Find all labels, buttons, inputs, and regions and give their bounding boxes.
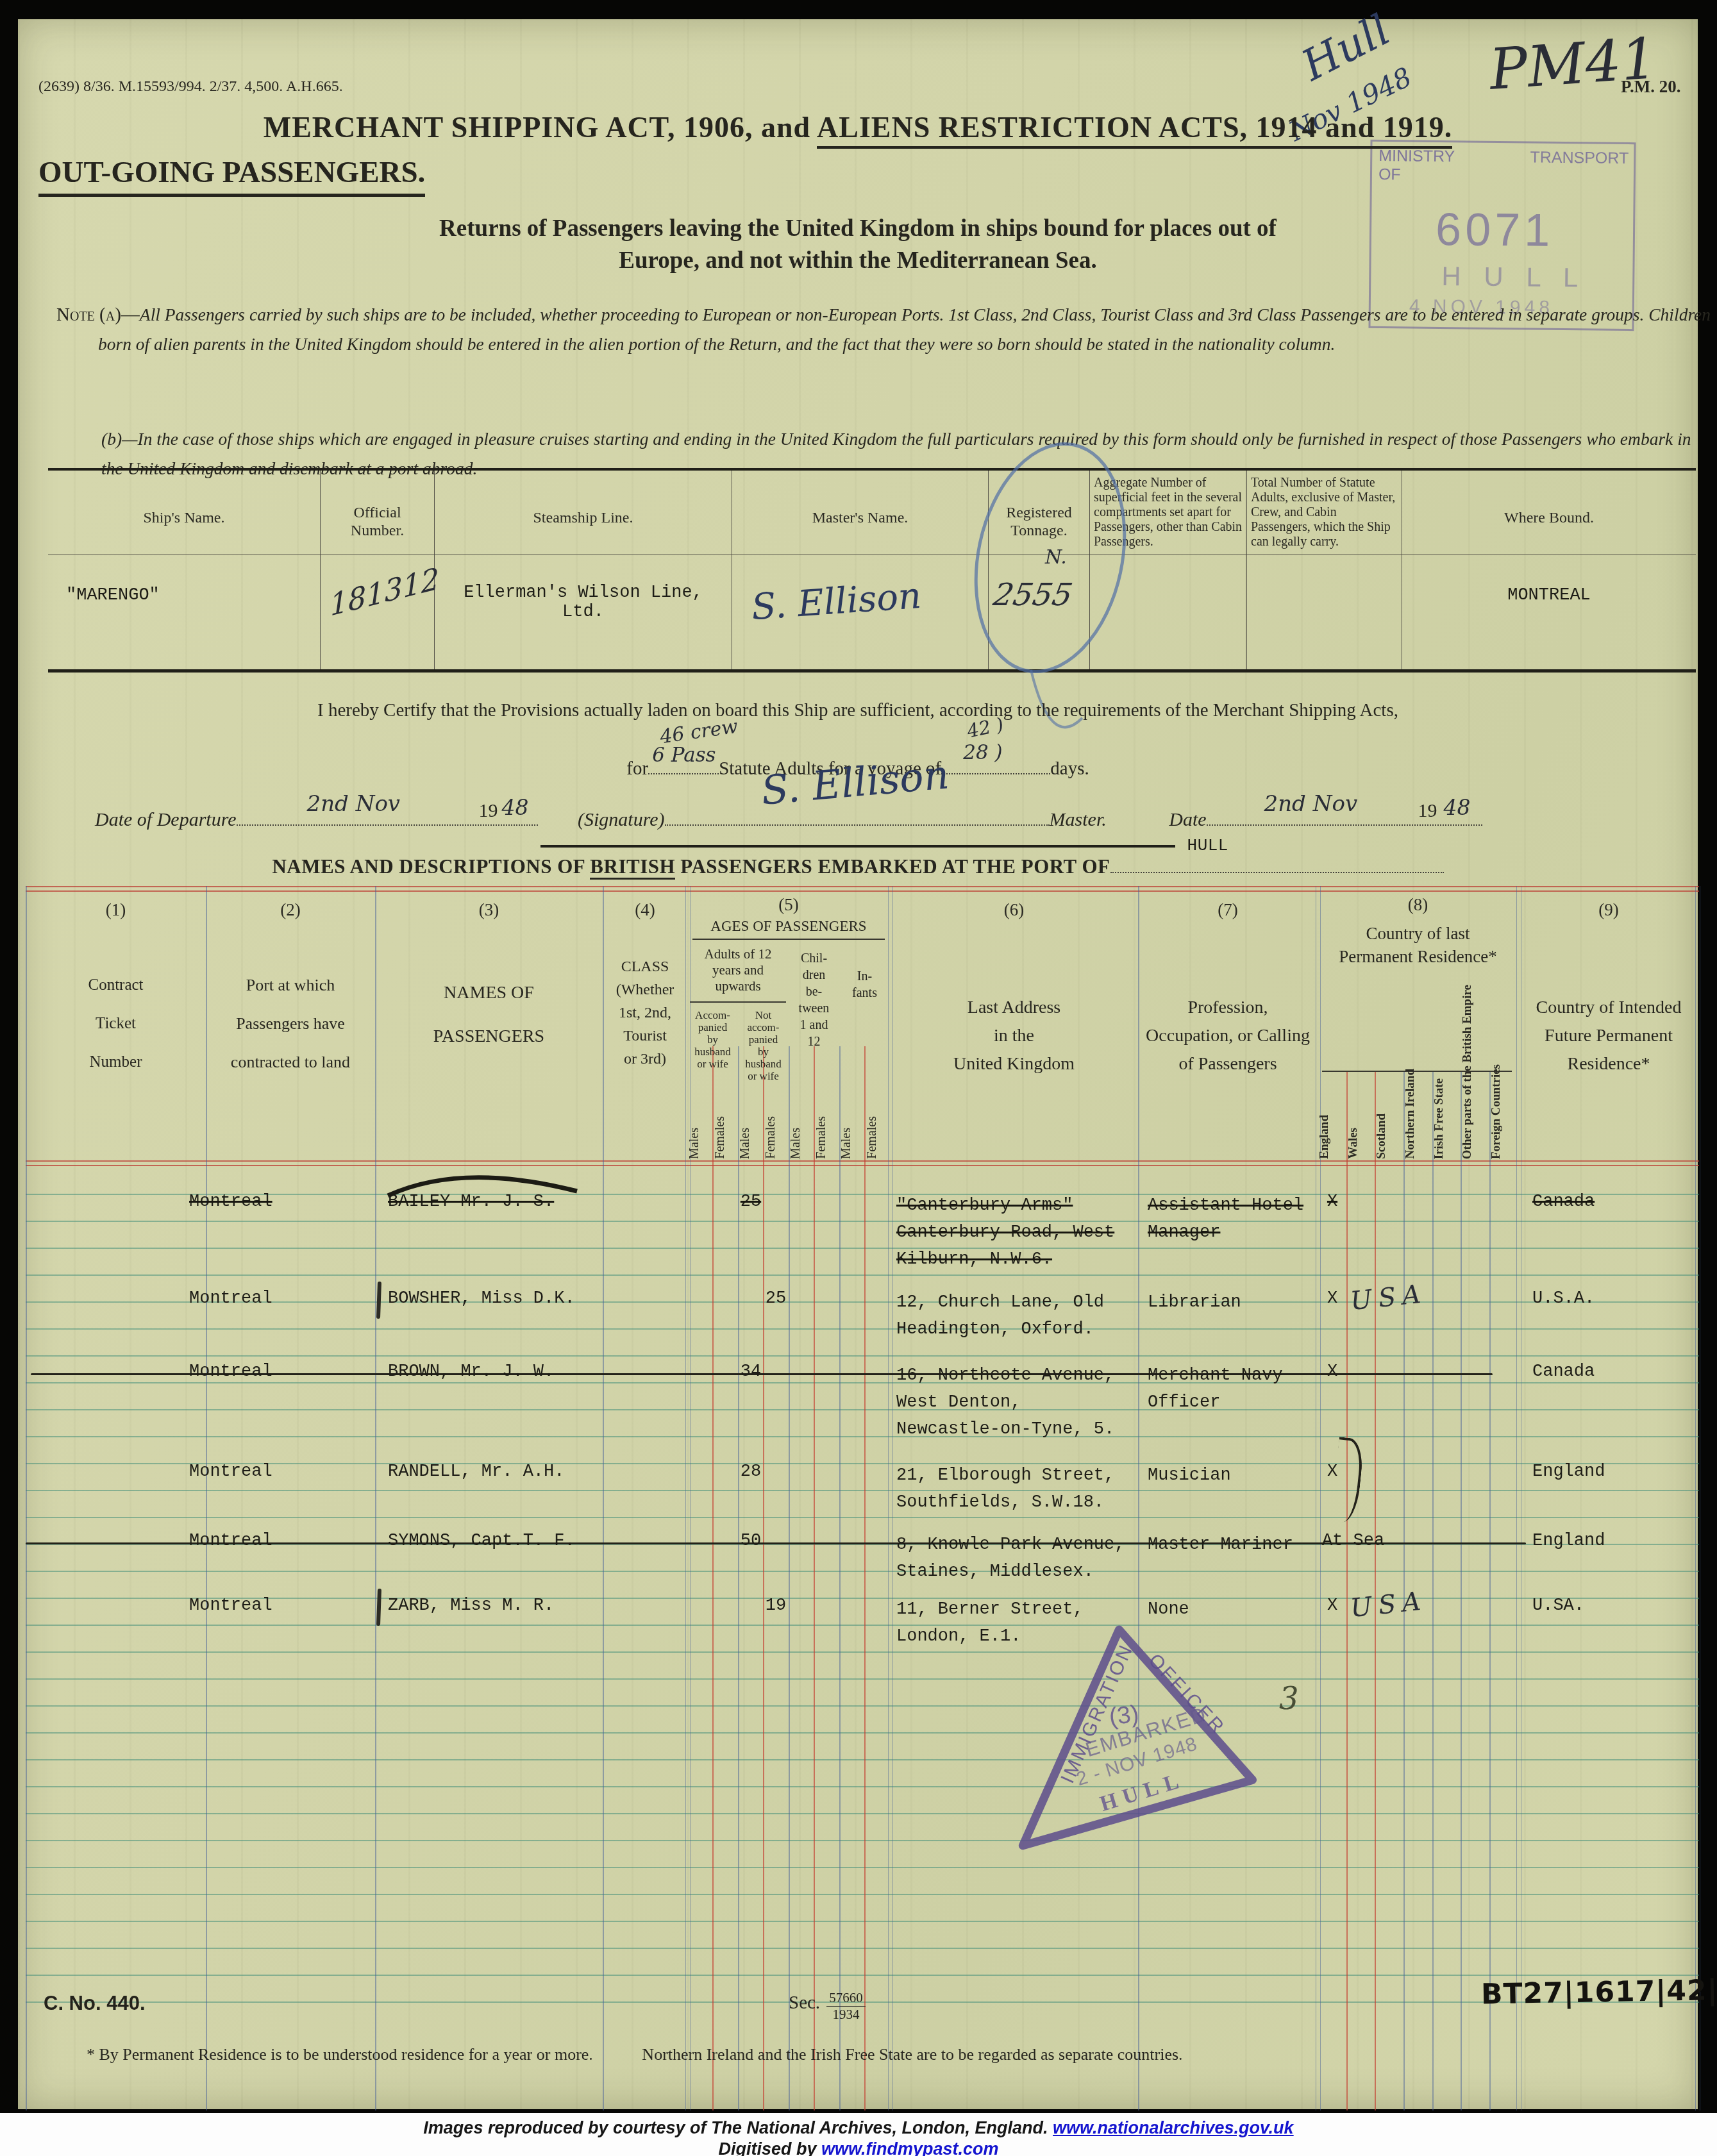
mf-label-3: Males (738, 1128, 764, 1159)
caption-digitised-text: Digitised by (718, 2139, 821, 2156)
col-number-7: (7) (1138, 900, 1318, 920)
residence-col-british-empire: Other parts of the British Empire (1461, 985, 1489, 1159)
signature-fill-line: S. Ellison (665, 805, 1050, 826)
residence-x-mark: X (1318, 1362, 1347, 1382)
caption-line-2: Digitised by www.findmypast.com (0, 2139, 1717, 2156)
sec-label: Sec. (789, 1993, 820, 2013)
ship-table-header-row: Ship's Name. Official Number. Steamship … (48, 471, 1696, 555)
ship-details-table: Ship's Name. Official Number. Steamship … (48, 468, 1696, 673)
age-na-females: 19 (763, 1596, 789, 1616)
last-address-header: Last Address in the United Kingdom (890, 994, 1138, 1078)
where-bound-value: MONTREAL (1402, 555, 1696, 669)
passenger-name: RANDELL, Mr. A.H. (388, 1462, 564, 1482)
col-number-6: (6) (890, 900, 1138, 920)
scanned-document-page: (2639) 8/36. M.15593/994. 2/37. 4,500. A… (0, 0, 1717, 2156)
mf-label-5: Males (789, 1128, 814, 1159)
address-value: "Canterbury Arms" Canterbury Road, West … (896, 1192, 1137, 1273)
port-value: Montreal (189, 1289, 272, 1308)
where-bound-header: Where Bound. (1402, 471, 1696, 555)
title-part-2: ALIENS RESTRICTION ACTS, 1914 and 1919. (817, 111, 1452, 149)
country-value: England (1532, 1532, 1605, 1551)
port-value: Montreal (189, 1532, 272, 1551)
departure-fill-line: 2nd Nov1948 (237, 805, 538, 826)
residence-at-sea: At Sea (1322, 1532, 1384, 1551)
col-number-5: (5) (687, 895, 890, 915)
mf-label-2: Females (713, 1116, 739, 1159)
residence-col-england: England (1318, 1115, 1346, 1159)
steamship-line-header: Steamship Line. (435, 471, 732, 555)
date-year-hand: 48 (1444, 795, 1471, 820)
note-a-label: Note (a)— (56, 305, 140, 325)
residence-col-northern-ireland: Northern Ireland (1403, 1069, 1432, 1159)
col-number-3: (3) (375, 900, 603, 920)
address-value: 8, Knowle Park Avenue, Staines, Middlese… (896, 1532, 1137, 1585)
embark-heading-pre: NAMES AND DESCRIPTIONS OF (272, 855, 590, 878)
page-title: MERCHANT SHIPPING ACT, 1906, and ALIENS … (18, 110, 1698, 144)
official-number-cell: 181312 (321, 555, 435, 669)
date-hand: 2nd Nov (1264, 791, 1358, 817)
mf-label-8: Females (865, 1116, 891, 1159)
ages-of-passengers-header: AGES OF PASSENGERS (687, 918, 890, 935)
age-na-males: 25 (738, 1192, 764, 1212)
sec-fraction: 57660 1934 (826, 1990, 866, 2023)
passenger-name: SYMONS, Capt.T. F. (388, 1532, 575, 1551)
country-intended-residence-header: Country of Intended Future Permanent Res… (1518, 994, 1699, 1078)
residence-x-mark: X (1318, 1192, 1347, 1212)
ship-name-value: "MARENGO" (48, 555, 321, 669)
pen-tick (376, 1589, 381, 1626)
total-statute-adults-header: Total Number of Statute Adults, exclusiv… (1247, 471, 1402, 555)
passenger-row: Montreal ZARB, Miss M. R. 19 11, Berner … (26, 1596, 1699, 1680)
departure-year-hand: 48 (502, 795, 529, 820)
mf-label-1: Males (687, 1128, 713, 1159)
port-value: Montreal (189, 1192, 272, 1212)
page-subtitle-outgoing: OUT-GOING PASSENGERS. (38, 155, 425, 197)
handwritten-tally: 3 (1279, 1681, 1299, 1717)
port-value: Montreal (189, 1362, 272, 1382)
hand-pass-count: 6 Pass (652, 744, 716, 767)
for-fill-line: 46 crew6 Pass (648, 754, 719, 774)
port-contracted-header: Port at which Passengers have contracted… (206, 976, 375, 1072)
footnote-ireland: Northern Ireland and the Irish Free Stat… (642, 2045, 1182, 2064)
official-number-header: Official Number. (321, 471, 435, 555)
archive-caption: Images reproduced by courtesy of The Nat… (0, 2113, 1717, 2156)
profession-value: Master Mariner (1148, 1532, 1318, 1559)
contract-ticket-header: Contract Ticket Number (26, 976, 206, 1072)
mf-label-6: Females (814, 1116, 840, 1159)
sec-denominator: 1934 (826, 2007, 866, 2023)
col-number-8: (8) (1318, 895, 1518, 915)
passenger-name: BOWSHER, Miss D.K. (388, 1289, 575, 1308)
date-fill-line: 2nd Nov1948 (1207, 805, 1482, 826)
stamp-transport: TRANSPORT (1530, 148, 1629, 168)
class-header: CLASS (Whether 1st, 2nd, Tourist or 3rd) (603, 955, 687, 1071)
profession-value: Assistant Hotel Manager (1148, 1192, 1318, 1246)
mf-label-7: Males (839, 1128, 865, 1159)
age-na-males: 28 (738, 1462, 764, 1482)
address-value: 16, Northcote Avenue, West Denton, Newca… (896, 1362, 1137, 1443)
signature-label: (Signature) (578, 809, 665, 830)
country-value: U.SA. (1532, 1596, 1584, 1616)
address-value: 21, Elborough Street, Southfields, S.W.1… (896, 1462, 1137, 1516)
caption-courtesy-text: Images reproduced by courtesy of The Nat… (423, 2118, 1053, 2137)
days-label: days. (1050, 758, 1089, 779)
age-na-females: 25 (763, 1289, 789, 1308)
residence-x-mark: X (1318, 1289, 1347, 1308)
archive-reference: BT27|1617|42|1 (1481, 1974, 1717, 2011)
profession-value: Librarian (1148, 1289, 1318, 1316)
caption-line-1: Images reproduced by courtesy of The Nat… (0, 2118, 1717, 2138)
residence-country-labels: England Wales Scotland Northern Ireland … (1318, 924, 1518, 1159)
ship-table-data-row: "MARENGO" 181312 Ellerman's Wilson Line,… (48, 555, 1696, 669)
col-number-4: (4) (603, 900, 687, 920)
passenger-name: BROWN, Mr. J. W. (388, 1362, 554, 1382)
certification-line3: Date of Departure2nd Nov1948 (Signature)… (95, 805, 1646, 831)
port-value: Montreal (189, 1462, 272, 1482)
pen-scribble (385, 1173, 596, 1199)
port-value: Montreal (189, 1596, 272, 1616)
departure-date-hand: 2nd Nov (307, 791, 401, 817)
official-number-value: 181312 (330, 560, 440, 623)
immigration-officer-stamp: IMMIGRATION OFFICER (3) EMBARKED 2 - NOV… (984, 1606, 1268, 1869)
sec-numerator: 57660 (826, 1990, 866, 2007)
days-fill-line: 42 )28 ) (941, 754, 1050, 774)
mf-label-4: Females (764, 1116, 789, 1159)
section-divider-rule (540, 845, 1175, 848)
total-statute-value (1247, 555, 1402, 669)
master-signature: S. Ellison (750, 575, 923, 628)
manifest-paper: (2639) 8/36. M.15593/994. 2/37. 4,500. A… (18, 19, 1698, 2109)
passenger-row: Montreal BOWSHER, Miss D.K. 25 12, Churc… (26, 1289, 1699, 1373)
hand-days: 28 ) (963, 741, 1002, 764)
col-number-9: (9) (1518, 900, 1699, 920)
address-value: 12, Church Lane, Old Headington, Oxford. (896, 1289, 1137, 1343)
note-a-text: All Passengers carried by such ships are… (98, 305, 1711, 354)
passenger-row: Montreal BAILEY Mr. J. S. 25 "Canterbury… (26, 1192, 1699, 1276)
pen-tick (376, 1282, 381, 1319)
embark-heading: NAMES AND DESCRIPTIONS OF BRITISH PASSEN… (18, 853, 1698, 878)
country-value: Canada (1532, 1362, 1595, 1382)
note-a: Note (a)—All Passengers carried by such … (56, 300, 1717, 359)
age-na-males: 50 (738, 1532, 764, 1551)
passenger-table: (1) (2) (3) (4) (5) (6) (7) (8) (9) Cont… (26, 886, 1699, 2110)
master-label: Master. (1050, 809, 1107, 830)
date-year-printed: 19 (1418, 800, 1437, 822)
residence-col-wales: Wales (1346, 1128, 1375, 1159)
residence-x-mark: X (1318, 1596, 1347, 1616)
handwritten-code-annotation: PM41 (1487, 25, 1659, 103)
residence-col-foreign: Foreign Countries (1489, 1064, 1518, 1159)
sec-reference: Sec. 57660 1934 (789, 1990, 866, 2023)
findmypast-link[interactable]: www.findmypast.com (821, 2139, 999, 2156)
profession-value: Merchant Navy Officer (1148, 1362, 1318, 1416)
embark-heading-british: BRITISH (590, 855, 675, 880)
passenger-row: Montreal BROWN, Mr. J. W. 34 16, Northco… (26, 1362, 1699, 1446)
infants-header: In- fants (839, 968, 890, 1001)
country-value: Canada (1532, 1192, 1595, 1212)
embark-heading-post: PASSENGERS EMBARKED AT THE PORT OF (675, 855, 1110, 878)
for-label: for (626, 758, 648, 779)
form-reference-number: (2639) 8/36. M.15593/994. 2/37. 4,500. A… (38, 78, 343, 96)
title-part-1: MERCHANT SHIPPING ACT, 1906, and (264, 111, 817, 144)
form-catalog-number: C. No. 440. (44, 1992, 146, 2015)
males-females-labels: Males Females Males Females Males Female… (687, 1050, 890, 1159)
steamship-line-value: Ellerman's Wilson Line, Ltd. (435, 555, 732, 669)
adults-header: Adults of 12 years and upwards (687, 946, 789, 994)
col-number-2: (2) (206, 900, 375, 920)
port-of-fill-line: HULL (1110, 853, 1444, 873)
ship-name-header: Ship's Name. (48, 471, 321, 555)
col-number-1: (1) (26, 900, 206, 920)
national-archives-link[interactable]: www.nationalarchives.gov.uk (1053, 2118, 1294, 2137)
residence-col-irish-free-state: Irish Free State (1432, 1078, 1461, 1159)
footnote-residence: * By Permanent Residence is to be unders… (87, 2045, 593, 2064)
footnote: * By Permanent Residence is to be unders… (87, 2045, 1670, 2064)
country-value: England (1532, 1462, 1605, 1482)
profession-value: Musician (1148, 1462, 1318, 1489)
departure-label: Date of Departure (95, 809, 237, 830)
date-label: Date (1169, 809, 1206, 830)
residence-col-scotland: Scotland (1375, 1114, 1403, 1159)
profession-header: Profession, Occupation, or Calling of Pa… (1138, 994, 1318, 1078)
children-header: Chil- dren be- tween 1 and 12 (789, 950, 839, 1050)
age-na-males: 34 (738, 1362, 764, 1382)
names-of-passengers-header: NAMES OF PASSENGERS (375, 982, 603, 1048)
departure-year-printed: 19 (479, 800, 498, 822)
port-of-value: HULL (1187, 836, 1228, 855)
stamp-ministry-of: MINISTRY OF (1378, 147, 1475, 185)
certification-line1: I hereby Certify that the Provisions act… (18, 700, 1698, 721)
passenger-name: ZARB, Miss M. R. (388, 1596, 554, 1616)
country-value: U.S.A. (1532, 1289, 1595, 1308)
returns-subtitle: Returns of Passengers leaving the United… (18, 213, 1698, 277)
